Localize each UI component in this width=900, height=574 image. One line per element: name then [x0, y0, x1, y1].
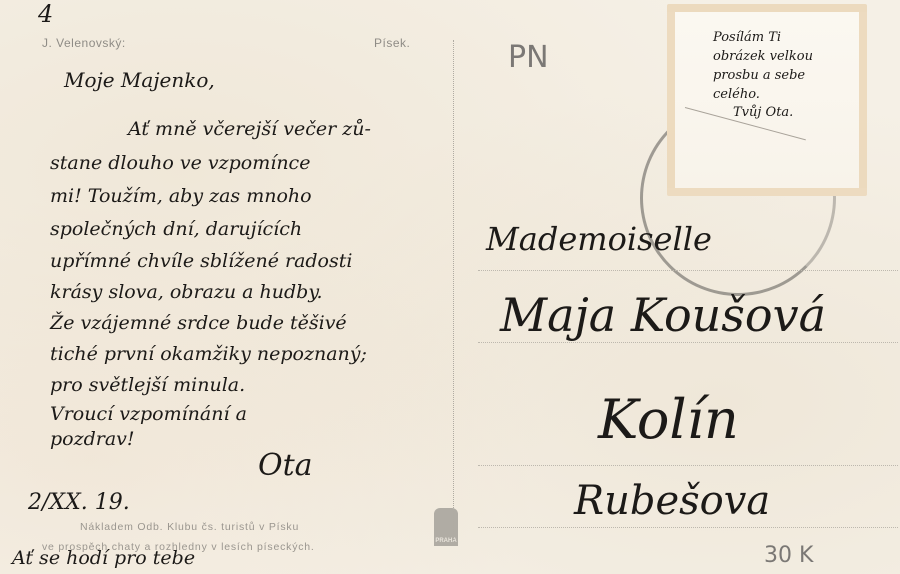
- publisher-logo-text: PRAHA: [434, 538, 458, 544]
- address-line-1: Mademoiselle: [486, 220, 712, 258]
- torn-stamp-area: Posílám Ti obrázek velkou prosbu a sebe …: [667, 4, 867, 196]
- address-rule: [478, 270, 898, 271]
- message-line: Ať mně včerejší večer zů-: [128, 118, 371, 140]
- corner-mark: 4: [38, 0, 53, 28]
- date: 2/XX. 19.: [28, 490, 130, 515]
- address-line-2: Maja Koušová: [500, 288, 826, 342]
- message-line: Vroucí vzpomínání a: [50, 403, 247, 425]
- postscript: Ať se hodí pro tebe: [12, 547, 195, 569]
- publisher-logo-icon: PRAHA: [434, 508, 458, 546]
- message-line: mi! Toužím, aby zas mnoho: [50, 185, 312, 207]
- message-line: stane dlouho ve vzpomínce: [50, 152, 310, 174]
- message-line: pozdrav!: [50, 428, 135, 450]
- message-line: upřímné chvíle sblížené radosti: [50, 250, 352, 272]
- address-rule: [478, 527, 898, 528]
- message-line: tiché první okamžiky nepoznaný;: [50, 343, 367, 365]
- stamp-note-line: Tvůj Ota.: [733, 105, 793, 120]
- salutation: Moje Majenko,: [64, 68, 215, 92]
- address-rule: [478, 465, 898, 466]
- address-line-3: Kolín: [598, 388, 739, 451]
- pencil-mark: PN: [508, 40, 549, 75]
- message-line: společných dní, darujících: [50, 218, 302, 240]
- stamp-note-line: Posílám Ti: [713, 30, 781, 45]
- message-line: krásy slova, obrazu a hudby.: [50, 281, 323, 303]
- printed-author: J. Velenovský:: [42, 36, 126, 50]
- publisher-line-1: Nákladem Odb. Klubu čs. turistů v Písku: [80, 521, 299, 533]
- center-divider: [453, 40, 454, 540]
- stamp-note-line: obrázek velkou: [713, 49, 813, 64]
- message-line: pro světlejší minula.: [50, 374, 245, 396]
- printed-place: Písek.: [374, 36, 410, 50]
- stamp-note-line: celého.: [713, 87, 760, 102]
- signature: Ota: [258, 448, 313, 483]
- price-mark: 30 K: [764, 543, 813, 568]
- postcard-back: 4 J. Velenovský: Písek. Moje Majenko, Ať…: [0, 0, 900, 574]
- address-rule: [478, 342, 898, 343]
- stamp-note-line: prosbu a sebe: [713, 68, 805, 83]
- address-line-4: Rubešova: [574, 478, 770, 524]
- message-line: Že vzájemné srdce bude těšivé: [50, 312, 347, 334]
